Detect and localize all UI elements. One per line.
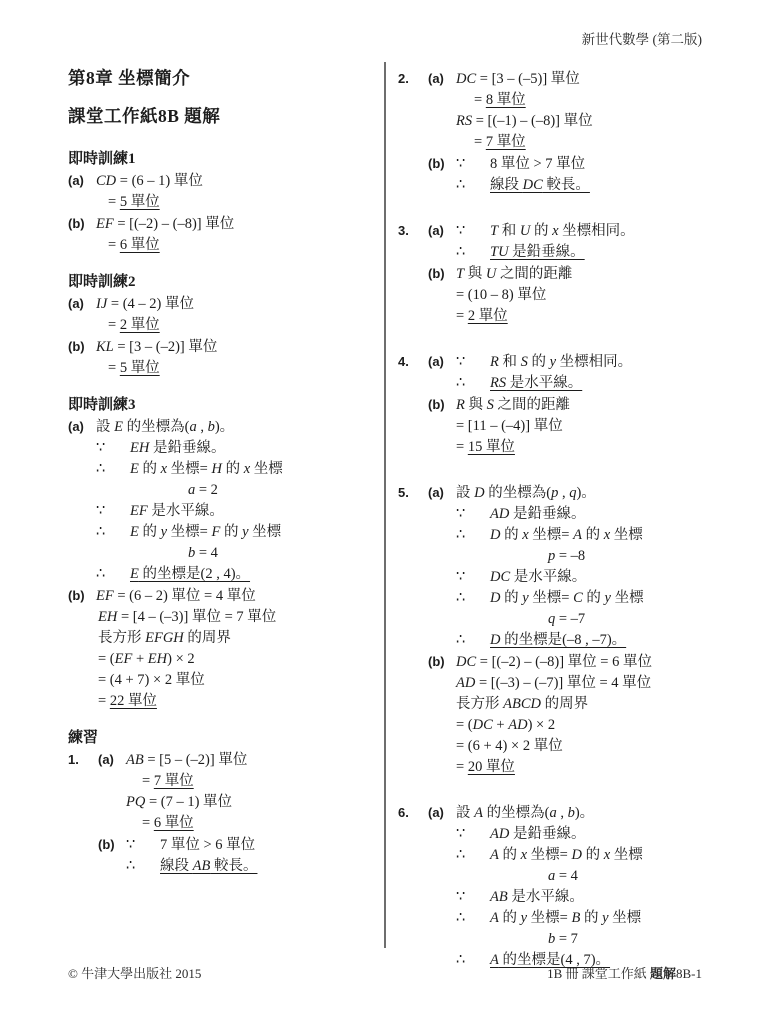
text-segment: 2 單位 — [120, 317, 160, 333]
text-segment: 6 單位 — [154, 815, 194, 831]
text-segment: 和 — [498, 223, 520, 239]
solution-line: ∴RS 是水平線。 — [398, 373, 738, 394]
text-segment: 的 — [582, 847, 604, 863]
solution-line: (a)CD = (6 – 1) 單位 — [68, 170, 378, 192]
text-segment: 的 — [528, 354, 550, 370]
text-segment: AD — [456, 675, 475, 691]
text-segment: )。 — [215, 419, 234, 435]
text-segment: S — [487, 397, 494, 413]
text-segment: 和 — [499, 354, 521, 370]
text-segment: CD — [96, 173, 116, 189]
text-segment: = [5 – (–2)] 單位 — [144, 752, 248, 768]
text-segment: 練習 — [68, 730, 98, 746]
text-segment: DC — [473, 717, 493, 733]
text-segment: 7 單位 > 6 單位 — [160, 837, 255, 853]
text-segment: E — [114, 419, 123, 435]
text-segment: = — [142, 773, 154, 789]
text-segment: 是鉛垂線。 — [509, 244, 585, 260]
book-edition-header: 新世代數學 (第二版) — [582, 28, 702, 48]
solution-line: (b)∵7 單位 > 6 單位 — [68, 834, 378, 856]
solution-line: ∴D 的坐標是(–8 , –7)。 — [398, 630, 738, 651]
text-segment: = — [474, 134, 486, 150]
text-segment: 線段 — [490, 177, 523, 193]
text-segment: , — [558, 485, 569, 501]
text-segment: = [(–1) – (–8)] 單位 — [472, 113, 593, 129]
text-segment: RS — [456, 113, 472, 129]
text-segment: 的周界 — [541, 696, 588, 712]
section-heading: 即時訓練3 — [68, 395, 378, 416]
text-segment: 是鉛垂線。 — [509, 506, 585, 522]
solution-line: (b)EF = (6 – 2) 單位 = 4 單位 — [68, 585, 378, 607]
vertical-spacer — [68, 90, 378, 104]
vertical-spacer — [398, 196, 738, 220]
solution-line: ∴D 的 y 坐標= C 的 y 坐標 — [398, 588, 738, 609]
text-segment: 是水平線。 — [148, 503, 224, 519]
solution-line: ∴線段 AB 較長。 — [68, 856, 378, 877]
text-segment: 的 — [583, 590, 605, 606]
footer-page-label: 1B 冊 課堂工作紙 題解8B-1 — [547, 963, 702, 982]
text-segment: 是水平線。 — [506, 375, 582, 391]
vertical-spacer — [398, 778, 738, 802]
text-segment: S — [521, 354, 528, 370]
vertical-spacer — [68, 256, 378, 272]
text-segment: = ( — [98, 651, 115, 667]
text-segment: 坐標= — [529, 590, 573, 606]
text-segment: (a) — [98, 749, 126, 770]
solution-line: = 6 單位 — [68, 235, 378, 256]
solution-line: = [11 – (–4)] 單位 — [398, 416, 738, 437]
text-segment: 20 單位 — [468, 759, 515, 775]
therefore-symbol: ∴ — [456, 908, 490, 929]
text-segment: IJ — [96, 296, 107, 312]
copyright-notice: © 牛津大學出版社 2015 — [68, 963, 201, 982]
text-segment: 的 — [220, 524, 242, 540]
because-symbol: ∵ — [456, 887, 490, 908]
text-segment: D — [571, 847, 581, 863]
text-segment: = — [108, 317, 120, 333]
text-segment: A — [490, 847, 499, 863]
therefore-symbol: ∴ — [96, 522, 130, 543]
solution-line: = 6 單位 — [68, 813, 378, 834]
text-segment: DC — [523, 177, 543, 193]
text-segment: 7 單位 — [486, 134, 526, 150]
text-segment: (a) — [428, 351, 456, 372]
text-segment: D — [490, 632, 500, 648]
text-segment: 15 單位 — [468, 439, 515, 455]
solution-line: = 15 單位 — [398, 437, 738, 458]
text-segment: T — [456, 266, 464, 282]
solution-line: ∴線段 DC 較長。 — [398, 175, 738, 196]
text-segment: = [3 – (–2)] 單位 — [114, 339, 218, 355]
text-segment: R — [456, 397, 465, 413]
text-segment: 的 — [500, 527, 522, 543]
text-segment: (a) — [428, 802, 456, 823]
therefore-symbol: ∴ — [456, 950, 490, 971]
text-segment: 是水平線。 — [510, 569, 586, 585]
text-segment: DC — [456, 71, 476, 87]
text-segment: (b) — [68, 336, 96, 357]
solution-line: = (6 + 4) × 2 單位 — [398, 736, 738, 757]
because-symbol: ∵ — [96, 438, 130, 459]
text-segment: (b) — [68, 213, 96, 234]
solution-line: b = 4 — [68, 543, 378, 564]
because-symbol: ∵ — [456, 221, 490, 242]
text-segment: AB — [490, 889, 508, 905]
solution-line: ∵EF 是水平線。 — [68, 501, 378, 522]
text-segment: b — [208, 419, 215, 435]
vertical-spacer — [68, 379, 378, 395]
text-segment: (a) — [68, 416, 96, 437]
solution-line: (b)EF = [(–2) – (–8)] 單位 — [68, 213, 378, 235]
solution-line: ∵AB 是水平線。 — [398, 887, 738, 908]
text-segment: + — [132, 651, 147, 667]
solution-line: q = –7 — [398, 609, 738, 630]
text-segment: EF — [96, 216, 114, 232]
text-segment: 2. — [398, 68, 428, 89]
therefore-symbol: ∴ — [96, 459, 130, 480]
page-title-worksheet: 課堂工作紙8B 題解 — [68, 104, 378, 128]
solution-line: (b)R 與 S 之間的距離 — [398, 394, 738, 416]
text-segment: 8 單位 — [486, 92, 526, 108]
text-segment: 的 — [222, 461, 244, 477]
text-segment: = — [456, 439, 468, 455]
text-segment: 較長。 — [543, 177, 590, 193]
text-segment: 坐標= — [527, 910, 571, 926]
text-segment: U — [520, 223, 530, 239]
solution-line: = (EF + EH) × 2 — [68, 649, 378, 670]
text-segment: = (4 – 2) 單位 — [107, 296, 194, 312]
solution-line: ∵AD 是鉛垂線。 — [398, 824, 738, 845]
text-segment: 之間的距離 — [494, 397, 570, 413]
because-symbol: ∵ — [96, 501, 130, 522]
text-segment: AB — [193, 858, 211, 874]
text-segment: = — [108, 360, 120, 376]
solution-line: EH = [4 – (–3)] 單位 = 7 單位 — [68, 607, 378, 628]
text-segment: = –8 — [555, 548, 585, 564]
text-segment: , — [197, 419, 208, 435]
text-segment: 是水平線。 — [508, 889, 584, 905]
text-segment: 的 — [139, 461, 161, 477]
text-segment: 的 — [530, 223, 552, 239]
text-segment: (b) — [428, 394, 456, 415]
text-segment: A — [474, 805, 483, 821]
text-segment: )。 — [575, 805, 594, 821]
text-segment: 坐標 — [610, 527, 643, 543]
therefore-symbol: ∴ — [456, 525, 490, 546]
text-segment: 即時訓練2 — [68, 274, 136, 290]
text-segment: (a) — [428, 482, 456, 503]
text-segment: PQ — [126, 794, 145, 810]
text-segment: 與 — [465, 397, 487, 413]
text-segment: = — [108, 194, 120, 210]
text-segment: 22 單位 — [110, 693, 157, 709]
text-segment: 課堂工作紙8B 題解 — [68, 106, 220, 126]
solution-line: = (10 – 8) 單位 — [398, 285, 738, 306]
text-segment: 即時訓練1 — [68, 151, 136, 167]
solution-line: = 7 單位 — [68, 771, 378, 792]
solution-line: RS = [(–1) – (–8)] 單位 — [398, 111, 738, 132]
therefore-symbol: ∴ — [456, 588, 490, 609]
text-segment: C — [573, 590, 583, 606]
text-segment: 坐標相同。 — [556, 354, 632, 370]
text-segment: A — [490, 910, 499, 926]
text-segment: EH — [98, 609, 117, 625]
section-heading: 練習 — [68, 728, 378, 749]
text-segment: 是鉛垂線。 — [149, 440, 225, 456]
solution-line: = (DC + AD) × 2 — [398, 715, 738, 736]
text-segment: 的坐標是(–8 , –7)。 — [500, 632, 626, 648]
text-segment: 的 — [500, 590, 522, 606]
text-segment: 坐標 — [611, 590, 644, 606]
text-segment: (a) — [68, 170, 96, 191]
text-segment: = [(–3) – (–7)] 單位 = 4 單位 — [475, 675, 651, 691]
text-segment: = [3 – (–5)] 單位 — [476, 71, 580, 87]
solution-line: 長方形 EFGH 的周界 — [68, 628, 378, 649]
text-segment: (b) — [98, 834, 126, 855]
text-segment: T — [490, 223, 498, 239]
text-segment: RS — [490, 375, 506, 391]
text-segment: 7 單位 — [154, 773, 194, 789]
solution-line: 4.(a)∵R 和 S 的 y 坐標相同。 — [398, 351, 738, 373]
text-segment: AB — [126, 752, 144, 768]
text-segment: EF — [115, 651, 133, 667]
text-segment: DC — [490, 569, 510, 585]
text-segment: 坐標相同。 — [559, 223, 635, 239]
footer-solutions-label: 題解 — [650, 966, 676, 981]
solution-line: = 22 單位 — [68, 691, 378, 712]
text-segment: (b) — [68, 585, 96, 606]
text-segment: R — [490, 354, 499, 370]
solution-line: (b)DC = [(–2) – (–8)] 單位 = 6 單位 — [398, 651, 738, 673]
text-segment: = — [142, 815, 154, 831]
text-segment: 的坐標為( — [483, 805, 549, 821]
because-symbol: ∵ — [456, 352, 490, 373]
solution-line: 1.(a)AB = [5 – (–2)] 單位 — [68, 749, 378, 771]
text-segment: 坐標 — [249, 524, 282, 540]
text-segment: EFGH — [145, 630, 184, 646]
text-segment: 5 單位 — [120, 360, 160, 376]
because-symbol: ∵ — [456, 824, 490, 845]
text-segment: 的周界 — [184, 630, 231, 646]
text-segment: 坐標 — [609, 910, 642, 926]
solution-line: ∴A 的 x 坐標= D 的 x 坐標 — [398, 845, 738, 866]
worksheet-solutions-page: 新世代數學 (第二版) 第8章 坐標簡介課堂工作紙8B 題解即時訓練1(a)CD… — [0, 0, 768, 1024]
solution-line: (b)KL = [3 – (–2)] 單位 — [68, 336, 378, 358]
text-segment: = — [474, 92, 486, 108]
text-segment: 的 — [139, 524, 161, 540]
solution-line: ∴E 的 x 坐標= H 的 x 坐標 — [68, 459, 378, 480]
text-segment: (b) — [428, 651, 456, 672]
text-segment: (a) — [68, 293, 96, 314]
text-segment: D — [490, 527, 500, 543]
solution-line: (a)IJ = (4 – 2) 單位 — [68, 293, 378, 315]
text-segment: 設 — [96, 419, 114, 435]
text-segment: E — [130, 524, 139, 540]
text-segment: = 7 — [555, 931, 578, 947]
text-segment: 的 — [582, 527, 604, 543]
text-segment: AD — [490, 506, 509, 522]
solution-line: 6.(a)設 A 的坐標為(a , b)。 — [398, 802, 738, 824]
text-segment: 設 — [456, 805, 474, 821]
page-title-chapter: 第8章 坐標簡介 — [68, 66, 378, 90]
solution-line: 2.(a)DC = [3 – (–5)] 單位 — [398, 68, 738, 90]
text-segment: 5 單位 — [120, 194, 160, 210]
text-segment: 的 — [580, 910, 602, 926]
text-segment: KL — [96, 339, 114, 355]
solution-line: = 20 單位 — [398, 757, 738, 778]
text-segment: = (4 + 7) × 2 單位 — [98, 672, 205, 688]
text-segment: ABCD — [503, 696, 541, 712]
solution-line: b = 7 — [398, 929, 738, 950]
text-segment: + — [493, 717, 508, 733]
solution-line: (b)∵8 單位 > 7 單位 — [398, 153, 738, 175]
solution-line: = 5 單位 — [68, 192, 378, 213]
right-column: 2.(a)DC = [3 – (–5)] 單位= 8 單位RS = [(–1) … — [398, 68, 738, 971]
vertical-spacer — [398, 458, 738, 482]
text-segment: = (10 – 8) 單位 — [456, 287, 546, 303]
text-segment: B — [571, 910, 580, 926]
solution-line: = 2 單位 — [68, 315, 378, 336]
text-segment: D — [490, 590, 500, 606]
text-segment: (b) — [428, 263, 456, 284]
text-segment: 8 單位 > 7 單位 — [490, 156, 585, 172]
text-segment: (b) — [428, 153, 456, 174]
text-segment: H — [211, 461, 221, 477]
because-symbol: ∵ — [456, 504, 490, 525]
solution-line: 5.(a)設 D 的坐標為(p , q)。 — [398, 482, 738, 504]
text-segment: = (6 – 2) 單位 = 4 單位 — [114, 588, 256, 604]
text-segment: E — [130, 461, 139, 477]
text-segment: AD — [490, 826, 509, 842]
text-segment: 的坐標為( — [485, 485, 551, 501]
solution-line: ∴E 的坐標是(2 , 4)。 — [68, 564, 378, 585]
text-segment: ) × 2 — [528, 717, 556, 733]
text-segment: 設 — [456, 485, 474, 501]
text-segment: 線段 — [160, 858, 193, 874]
therefore-symbol: ∴ — [96, 564, 130, 585]
text-segment: 坐標 — [250, 461, 283, 477]
text-segment: = — [108, 237, 120, 253]
solution-line: ∵AD 是鉛垂線。 — [398, 504, 738, 525]
text-segment: = [11 – (–4)] 單位 — [456, 418, 563, 434]
solution-line: = (4 + 7) × 2 單位 — [68, 670, 378, 691]
solution-line: (b)T 與 U 之間的距離 — [398, 263, 738, 285]
solution-line: ∴E 的 y 坐標= F 的 y 坐標 — [68, 522, 378, 543]
vertical-spacer — [398, 327, 738, 351]
solution-line: = 7 單位 — [398, 132, 738, 153]
left-column: 第8章 坐標簡介課堂工作紙8B 題解即時訓練1(a)CD = (6 – 1) 單… — [68, 66, 378, 877]
text-segment: 5. — [398, 482, 428, 503]
because-symbol: ∵ — [456, 567, 490, 588]
text-segment: = (7 – 1) 單位 — [145, 794, 232, 810]
footer-book-label: 1B 冊 課堂工作紙 — [547, 966, 650, 981]
text-segment: A — [573, 527, 582, 543]
text-segment: F — [211, 524, 220, 540]
text-segment: = (6 + 4) × 2 單位 — [456, 738, 563, 754]
text-segment: AD — [508, 717, 527, 733]
text-segment: )。 — [576, 485, 595, 501]
therefore-symbol: ∴ — [456, 630, 490, 651]
text-segment: 的坐標為( — [123, 419, 189, 435]
text-segment: EH — [130, 440, 149, 456]
text-segment: 坐標= — [529, 527, 573, 543]
solution-line: ∴TU 是鉛垂線。 — [398, 242, 738, 263]
footer-page-number: 8B-1 — [676, 966, 702, 981]
because-symbol: ∵ — [126, 835, 160, 856]
text-segment: (a) — [428, 68, 456, 89]
text-segment: = 2 — [195, 482, 218, 498]
text-segment: DC — [456, 654, 476, 670]
therefore-symbol: ∴ — [456, 175, 490, 196]
text-segment: 2 單位 — [468, 308, 508, 324]
column-divider — [384, 62, 386, 948]
solution-line: = 5 單位 — [68, 358, 378, 379]
text-segment: 坐標 — [610, 847, 643, 863]
text-segment: 的 — [499, 847, 521, 863]
text-segment: 坐標= — [527, 847, 571, 863]
text-segment: TU — [490, 244, 509, 260]
section-heading: 即時訓練2 — [68, 272, 378, 293]
text-segment: EF — [130, 503, 148, 519]
text-segment: 長方形 — [456, 696, 503, 712]
text-segment: a — [189, 419, 196, 435]
solution-line: a = 4 — [398, 866, 738, 887]
text-segment: A — [490, 952, 499, 968]
solution-line: PQ = (7 – 1) 單位 — [68, 792, 378, 813]
text-segment: 長方形 — [98, 630, 145, 646]
text-segment: 坐標= — [167, 461, 211, 477]
solution-line: 3.(a)∵T 和 U 的 x 坐標相同。 — [398, 220, 738, 242]
therefore-symbol: ∴ — [126, 856, 160, 877]
therefore-symbol: ∴ — [456, 373, 490, 394]
text-segment: = — [456, 308, 468, 324]
text-segment: = [(–2) – (–8)] 單位 = 6 單位 — [476, 654, 652, 670]
text-segment: 之間的距離 — [496, 266, 572, 282]
text-segment: = [4 – (–3)] 單位 = 7 單位 — [117, 609, 276, 625]
text-segment: = 4 — [555, 868, 578, 884]
therefore-symbol: ∴ — [456, 242, 490, 263]
text-segment: = — [456, 759, 468, 775]
solution-line: a = 2 — [68, 480, 378, 501]
solution-line: ∵EH 是鉛垂線。 — [68, 438, 378, 459]
solution-line: p = –8 — [398, 546, 738, 567]
solution-line: ∴A 的 y 坐標= B 的 y 坐標 — [398, 908, 738, 929]
text-segment: ) × 2 — [167, 651, 195, 667]
text-segment: 較長。 — [210, 858, 257, 874]
solution-line: (a)設 E 的坐標為(a , b)。 — [68, 416, 378, 438]
text-segment: 4. — [398, 351, 428, 372]
because-symbol: ∵ — [456, 154, 490, 175]
text-segment: b — [568, 805, 575, 821]
text-segment: a — [549, 805, 556, 821]
text-segment: 是鉛垂線。 — [509, 826, 585, 842]
text-segment: 第8章 坐標簡介 — [68, 68, 190, 88]
text-segment: 3. — [398, 220, 428, 241]
text-segment: E — [130, 566, 139, 582]
solution-line: ∴D 的 x 坐標= A 的 x 坐標 — [398, 525, 738, 546]
vertical-spacer — [68, 712, 378, 728]
text-segment: = ( — [456, 717, 473, 733]
text-segment: EH — [148, 651, 167, 667]
text-segment: 6 單位 — [120, 237, 160, 253]
text-segment: , — [557, 805, 568, 821]
solution-line: AD = [(–3) – (–7)] 單位 = 4 單位 — [398, 673, 738, 694]
section-heading: 即時訓練1 — [68, 149, 378, 170]
solution-line: = 2 單位 — [398, 306, 738, 327]
text-segment: (a) — [428, 220, 456, 241]
solution-line: = 8 單位 — [398, 90, 738, 111]
text-segment: 的坐標是(2 , 4)。 — [139, 566, 250, 582]
